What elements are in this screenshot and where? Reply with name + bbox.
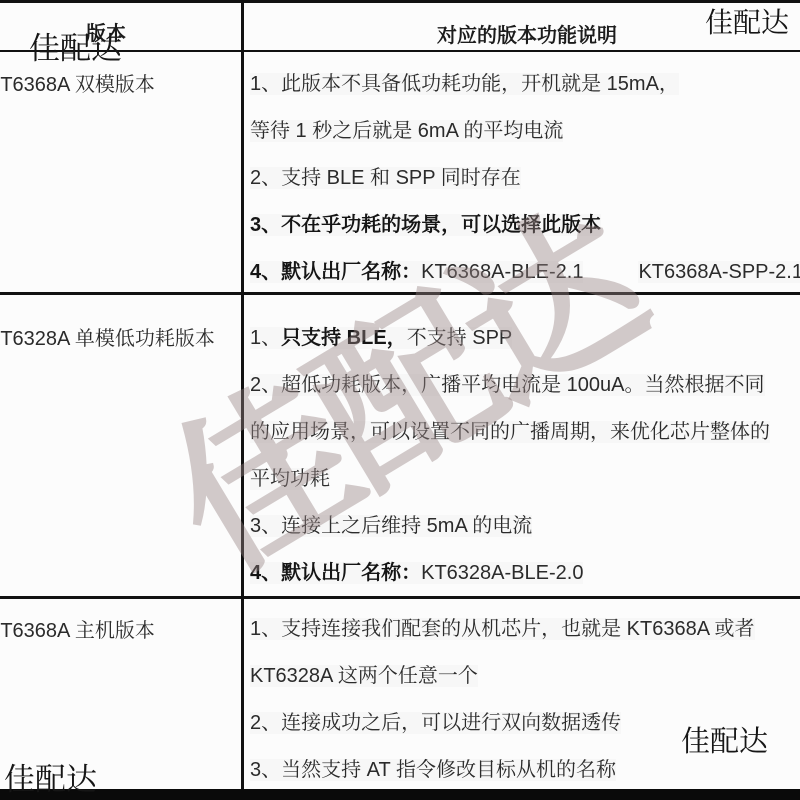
table-top-border	[0, 0, 800, 3]
row3-line1: 1、支持连接我们配套的从机芯片，也就是 KT6368A 或者	[250, 606, 800, 653]
row3-version-cell: KT6368A 主机版本	[0, 614, 155, 643]
watermark-bottom-right: 佳配达	[681, 719, 768, 760]
watermark-top-right: 佳配达	[705, 1, 789, 41]
row1-line2: 等待 1 秒之后就是 6mA 的平均电流	[250, 108, 800, 155]
header-description: 对应的版本功能说明	[437, 19, 617, 48]
watermark-bottom-left: 佳配达	[4, 754, 97, 799]
row1-line1: 1、此版本不具备低功耗功能，开机就是 15mA，	[250, 61, 800, 108]
row2-version-cell: KT6328A 单模低功耗版本	[0, 322, 215, 351]
document-page: 版本 对应的版本功能说明 KT6368A 双模版本 1、此版本不具备低功耗功能，…	[0, 0, 800, 800]
row3-line2: KT6328A 这两个任意一个	[250, 653, 800, 700]
row3-description-cell: 1、支持连接我们配套的从机芯片，也就是 KT6368A 或者 KT6328A 这…	[250, 601, 800, 794]
watermark-top-left: 佳配达	[29, 23, 122, 68]
row1-version-cell: KT6368A 双模版本	[0, 68, 155, 97]
